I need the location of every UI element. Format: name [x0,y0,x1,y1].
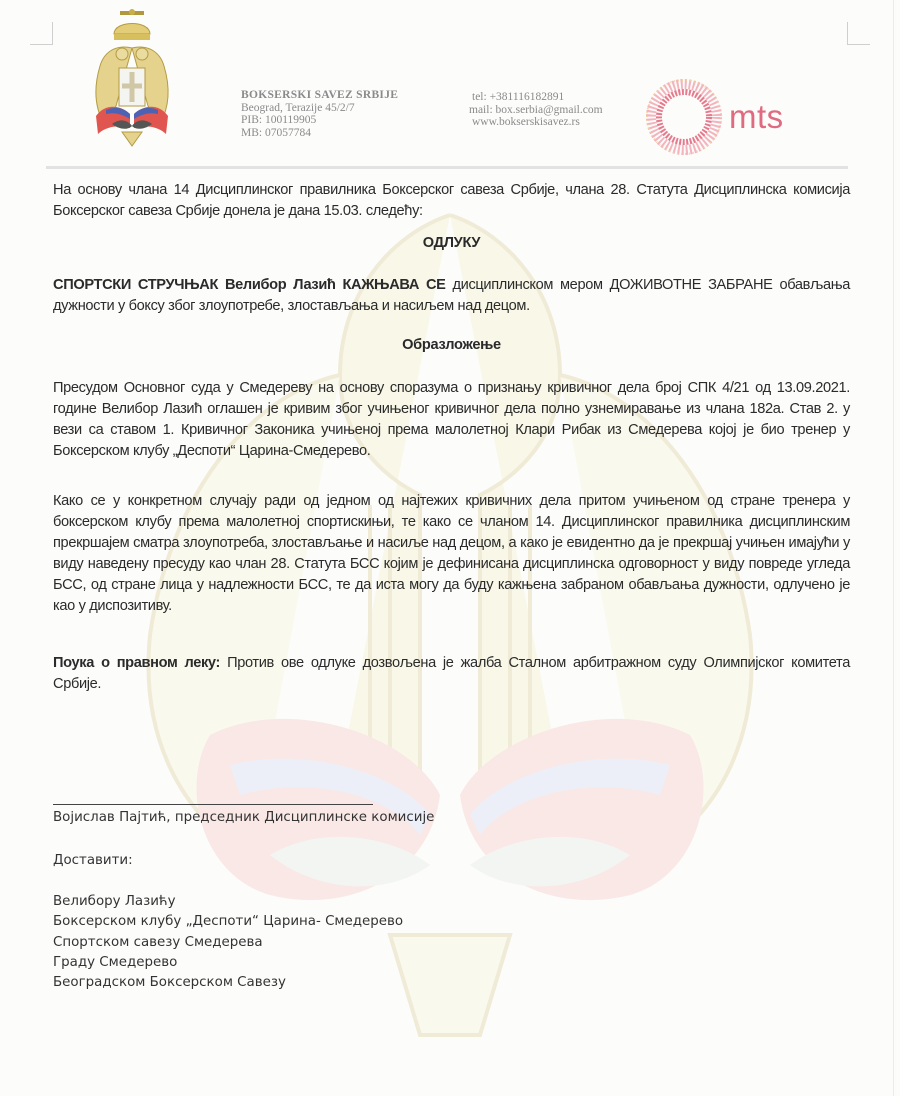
sponsor-logo: mts [645,78,784,156]
reasoning-paragraph-1: Пресудом Основног суда у Смедереву на ос… [53,378,850,462]
organization-address: Beograd, Terazije 45/2/7 [241,102,398,115]
intro-paragraph: На основу члана 14 Дисциплинског правилн… [53,180,850,222]
document-page: BOKSERSKI SAVEZ SRBIJE Beograd, Terazije… [0,0,900,1096]
recipients-list: Велибору Лазићу Боксерском клубу „Деспот… [53,892,403,993]
contact-phone: tel: +381116182891 [472,91,603,104]
crop-mark-top-right [847,22,870,45]
signature-line [53,804,373,805]
decision-heading: ОДЛУКУ [53,235,850,251]
organization-details: BOKSERSKI SAVEZ SRBIJE Beograd, Terazije… [241,89,398,139]
sponsor-name: mts [729,98,784,136]
signatory: Војислав Пајтић, председник Дисциплинске… [53,808,434,828]
crop-mark-top-left [30,22,53,45]
reasoning-paragraph-2: Како се у конкретном случају ради од јед… [53,491,850,617]
deliver-to-label: Доставити: [53,851,133,871]
recipient: Београдском Боксерском Савезу [53,973,403,993]
legal-remedy-label: Поука о правном леку: [53,655,220,671]
recipient: Велибору Лазићу [53,892,403,912]
contact-website: www.bokserskisavez.rs [472,116,603,129]
reasoning-heading: Образложење [53,337,850,353]
recipient: Боксерском клубу „Деспоти“ Царина- Смеде… [53,912,403,932]
contact-details: tel: +381116182891 mail: box.serbia@gmai… [472,91,603,129]
organization-pib: PIB: 100119905 [241,114,398,127]
recipient: Спортском савезу Смедерева [53,933,403,953]
boxing-federation-crest-icon [86,6,178,150]
contact-email: mail: box.serbia@gmail.com [469,104,603,117]
sponsor-sunburst-icon [645,78,723,156]
legal-remedy-paragraph: Поука о правном леку: Против ове одлуке … [53,653,850,695]
recipient: Граду Смедерево [53,953,403,973]
organization-name: BOKSERSKI SAVEZ SRBIJE [241,89,398,102]
organization-mb: MB: 07057784 [241,127,398,140]
header-divider [46,166,848,169]
decision-subject: СПОРТСКИ СТРУЧЊАК Велибор Лазић КАЖЊАВА … [53,277,446,293]
decision-paragraph: СПОРТСКИ СТРУЧЊАК Велибор Лазић КАЖЊАВА … [53,275,850,317]
page-edge [893,0,894,1096]
